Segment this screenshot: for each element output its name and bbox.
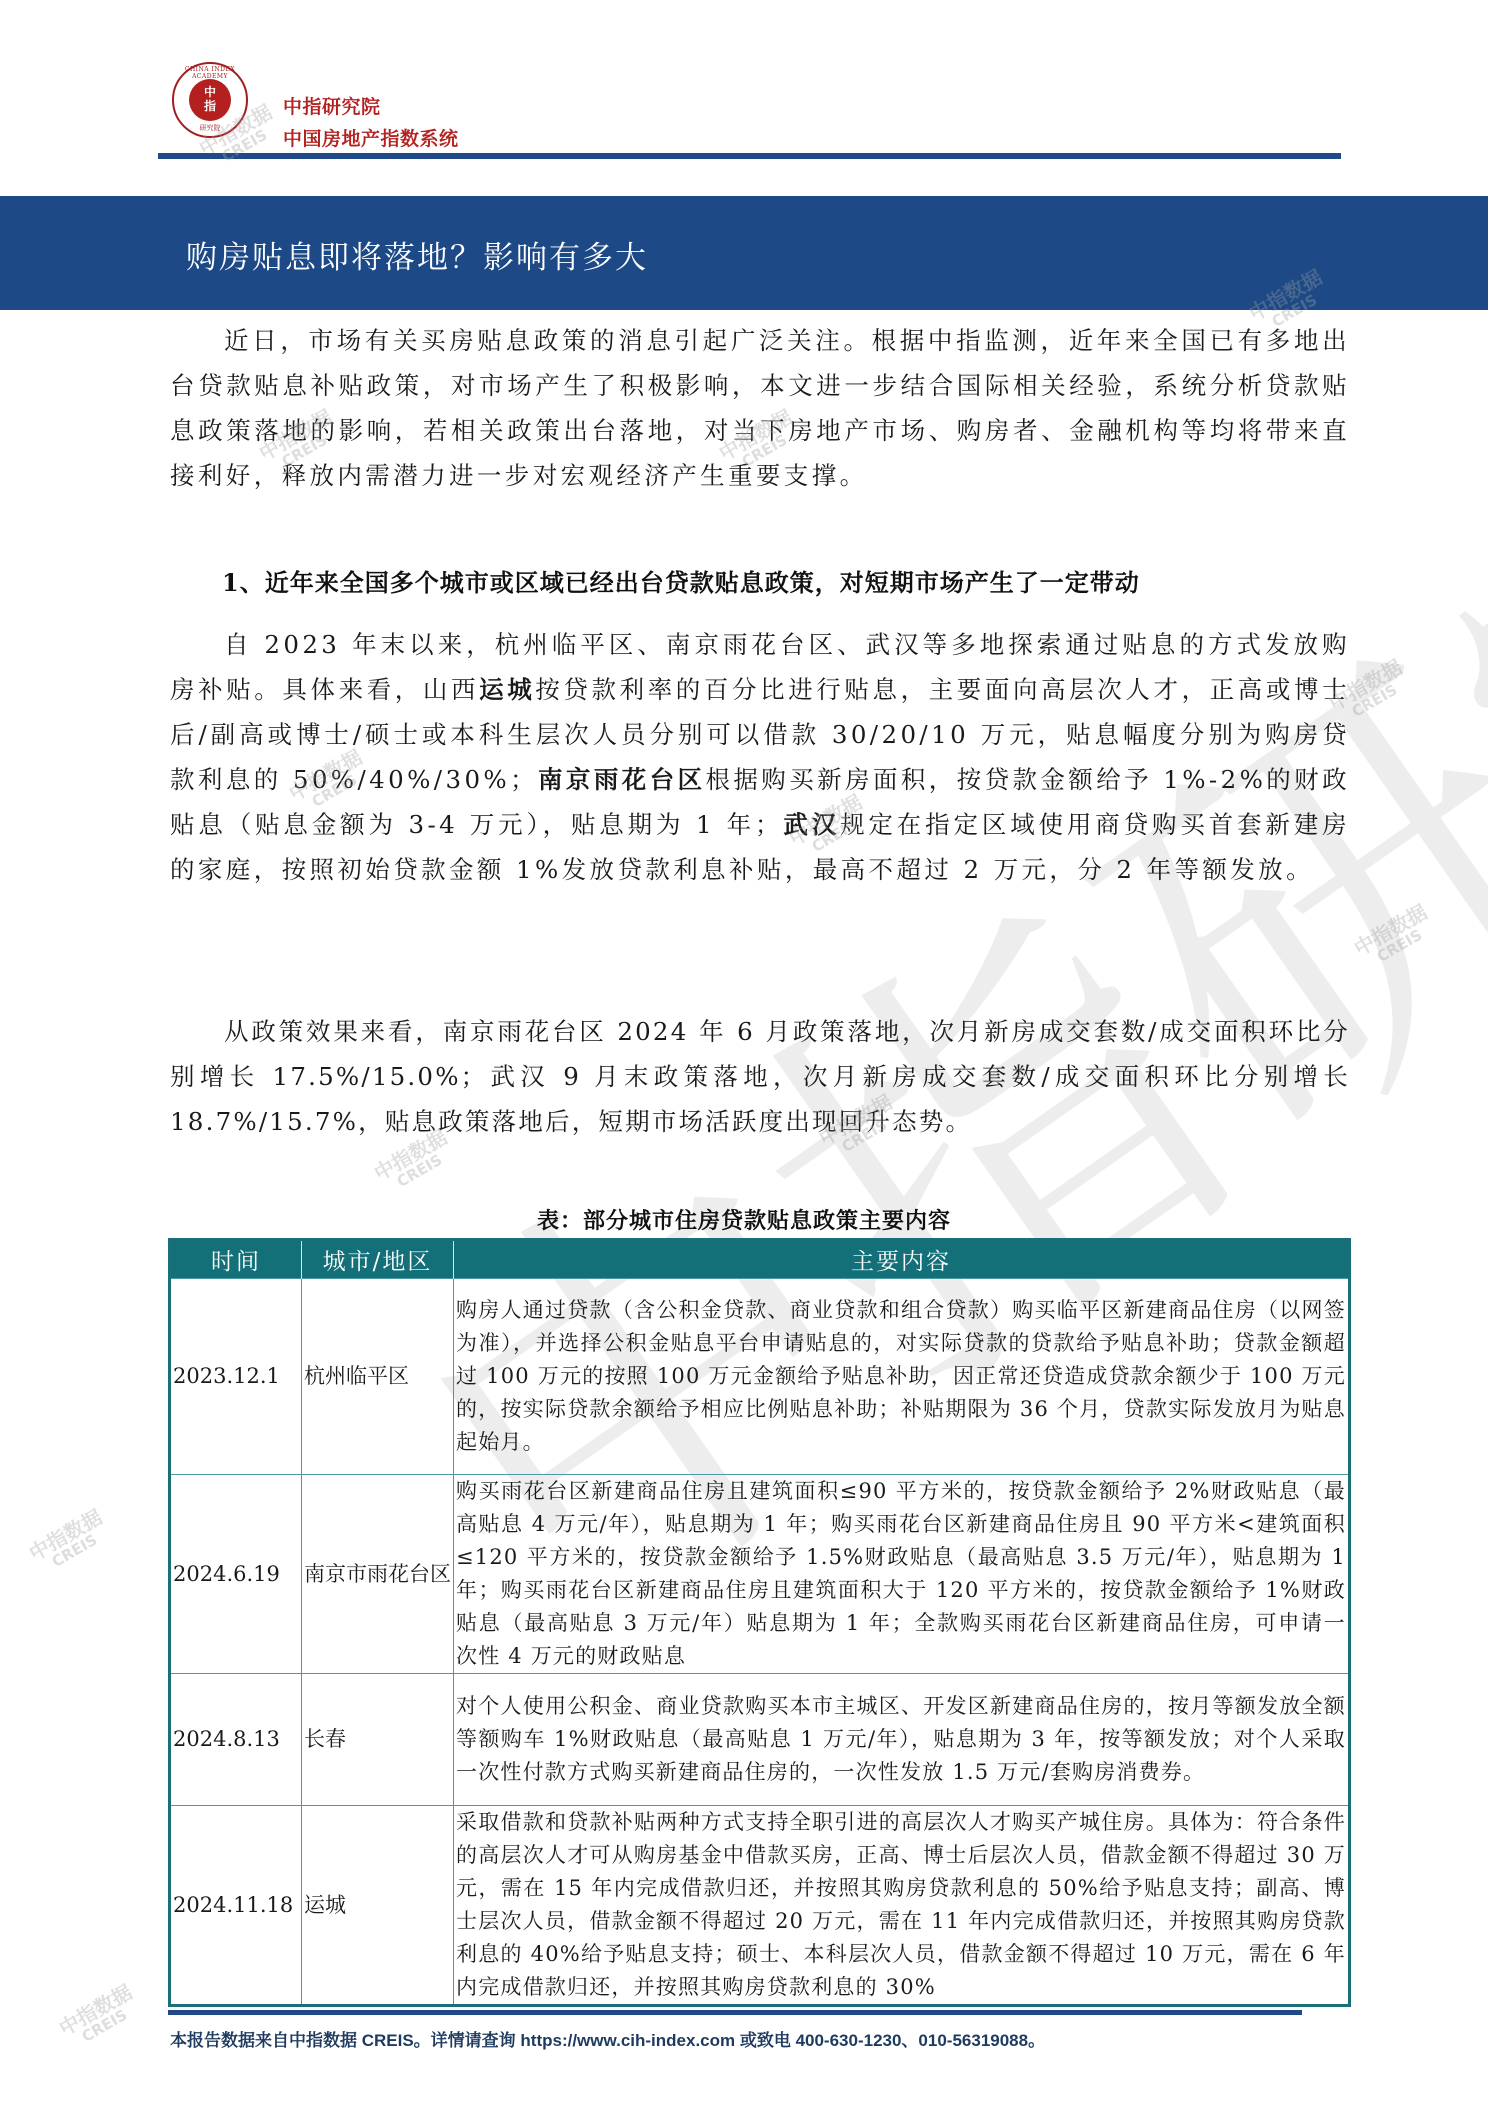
watermark-text: CREIS <box>35 1523 113 1579</box>
cell-city: 南京市雨花台区 <box>302 1475 454 1674</box>
cell-city: 长春 <box>302 1674 454 1806</box>
cell-time: 2024.8.13 <box>170 1674 302 1806</box>
cell-time: 2023.12.1 <box>170 1279 302 1475</box>
table-header-row: 时间 城市/地区 主要内容 <box>170 1240 1350 1279</box>
watermark-text: 中指数据 <box>25 1505 106 1566</box>
footer-source-note: 本报告数据来自中指数据 CREIS。详情请查询 https://www.cih-… <box>170 2026 1045 2051</box>
watermark-text: 中指数据 <box>55 1980 136 2041</box>
logo-char-top: 中 <box>189 85 231 99</box>
watermark: 中指数据CREIS <box>56 1982 143 2053</box>
intro-paragraph: 近日，市场有关买房贴息政策的消息引起广泛关注。根据中指监测，近年来全国已有多地出… <box>170 318 1350 498</box>
org-subtitle: 中国房地产指数系统 <box>283 124 459 151</box>
org-name: 中指研究院 <box>283 92 381 119</box>
table-row: 2023.12.1 杭州临平区 购房人通过贷款（含公积金贷款、商业贷款和组合贷款… <box>170 1279 1350 1475</box>
highlight-nanjing-yuhuatai: 南京雨花台区 <box>538 765 705 794</box>
watermark-text: CREIS <box>1360 918 1438 974</box>
section-paragraph-policies: 自 2023 年末以来，杭州临平区、南京雨花台区、武汉等多地探索通过贴息的方式发… <box>170 622 1350 892</box>
watermark-text: CREIS <box>380 1143 458 1199</box>
page-title: 购房贴息即将落地？影响有多大 <box>186 232 648 277</box>
watermark-text: CREIS <box>65 1998 143 2054</box>
header-city: 城市/地区 <box>302 1240 454 1279</box>
cell-city: 运城 <box>302 1806 454 2006</box>
header-time: 时间 <box>170 1240 302 1279</box>
watermark: 中指数据CREIS <box>1351 902 1438 973</box>
table-caption: 表：部分城市住房贷款贴息政策主要内容 <box>0 1204 1488 1235</box>
cell-time: 2024.11.18 <box>170 1806 302 2006</box>
logo-char-bottom: 指 <box>189 99 231 113</box>
footer-divider <box>168 2010 1302 2015</box>
cell-time: 2024.6.19 <box>170 1475 302 1674</box>
china-index-academy-logo: CHINA INDEX ACADEMY 中 指 研究院 <box>172 62 248 138</box>
logo-bottom-text: 研究院 <box>174 123 246 133</box>
logo-emblem: 中 指 <box>189 79 231 121</box>
watermark-text: 中指数据 <box>1350 900 1431 961</box>
header-divider <box>158 153 1341 159</box>
table-row: 2024.11.18 运城 采取借款和贷款补贴两种方式支持全职引进的高层次人才购… <box>170 1806 1350 2006</box>
cell-content: 购买雨花台区新建商品住房且建筑面积≤90 平方米的，按贷款金额给予 2%财政贴息… <box>454 1475 1350 1674</box>
watermark: 中指数据CREIS <box>26 1507 113 1578</box>
highlight-wuhan: 武汉 <box>783 810 840 839</box>
title-banner: 购房贴息即将落地？影响有多大 <box>0 196 1488 310</box>
section-heading: 1、近年来全国多个城市或区域已经出台贷款贴息政策，对短期市场产生了一定带动 <box>222 563 1140 598</box>
cell-content: 对个人使用公积金、商业贷款购买本市主城区、开发区新建商品住房的，按月等额发放全额… <box>454 1674 1350 1806</box>
section-paragraph-effects: 从政策效果来看，南京雨花台区 2024 年 6 月政策落地，次月新房成交套数/成… <box>170 1009 1350 1144</box>
cell-city: 杭州临平区 <box>302 1279 454 1475</box>
cell-content: 采取借款和贷款补贴两种方式支持全职引进的高层次人才购买产城住房。具体为：符合条件… <box>454 1806 1350 2006</box>
header-content: 主要内容 <box>454 1240 1350 1279</box>
cell-content: 购房人通过贷款（含公积金贷款、商业贷款和组合贷款）购买临平区新建商品住房（以网签… <box>454 1279 1350 1475</box>
policy-table: 时间 城市/地区 主要内容 2023.12.1 杭州临平区 购房人通过贷款（含公… <box>168 1238 1351 2007</box>
table-row: 2024.8.13 长春 对个人使用公积金、商业贷款购买本市主城区、开发区新建商… <box>170 1674 1350 1806</box>
table-row: 2024.6.19 南京市雨花台区 购买雨花台区新建商品住房且建筑面积≤90 平… <box>170 1475 1350 1674</box>
highlight-yuncheng: 运城 <box>479 675 535 704</box>
logo-ring-text: CHINA INDEX ACADEMY <box>174 66 246 80</box>
